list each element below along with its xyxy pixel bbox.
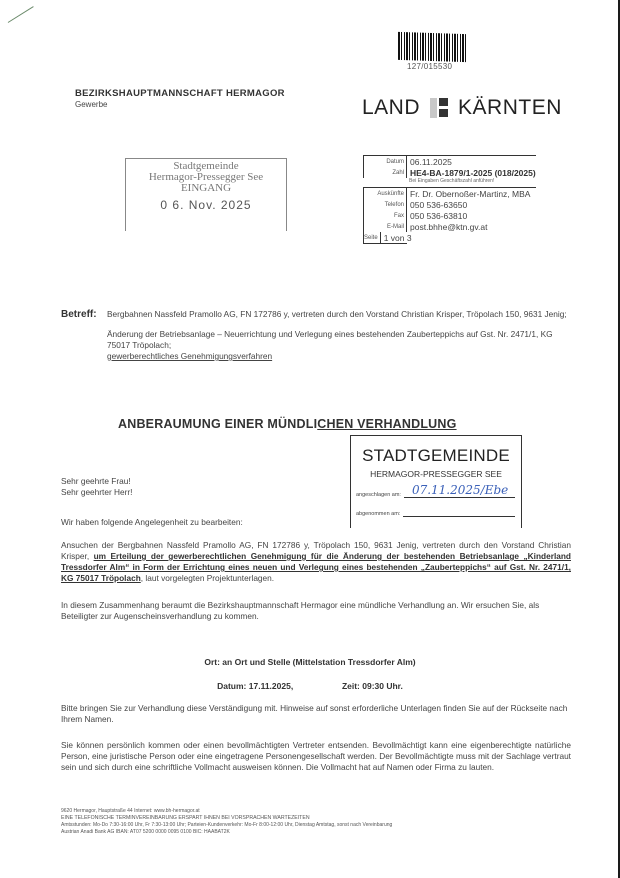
meta-row-date: Datum 06.11.2025: [364, 156, 536, 167]
stamp-line-3: EINGANG: [126, 183, 286, 194]
bring-paragraph: Bitte bringen Sie zur Verhandlung diese …: [61, 703, 571, 725]
posted-row: angeschlagen am: 07.11.2025/Ebe: [351, 485, 521, 498]
subject-label: Betreff:: [61, 309, 97, 320]
meta-row-reference: Zahl HE4-BA-1879/1-2025 (018/2025): [364, 167, 536, 178]
removed-row: abgenommen am:: [351, 504, 521, 517]
stamp-title: STADTGEMEINDE: [351, 446, 521, 466]
hearing-location: Ort: an Ort und Stelle (Mittelstation Tr…: [0, 657, 620, 667]
hearing-date: Datum: 17.11.2025,: [217, 681, 293, 691]
subject-line-1: Bergbahnen Nassfeld Pramollo AG, FN 1727…: [107, 309, 577, 320]
barcode-number: 127/015530: [407, 62, 452, 71]
stamp-date: 0 6. Nov. 2025: [126, 200, 286, 211]
reference-note: Bei Eingaben Geschäftszahl anführen!: [409, 178, 536, 187]
request-subject: um Erteilung der gewerberechtlichen Gene…: [61, 551, 571, 583]
pen-mark: [8, 6, 34, 23]
subject-line-3: gewerberechtliches Genehmigungsverfahren: [107, 351, 577, 362]
department: Gewerbe: [75, 100, 107, 109]
issuing-authority: BEZIRKSHAUPTMANNSCHAFT HERMAGOR: [75, 88, 285, 99]
salutation: Sehr geehrte Frau! Sehr geehrter Herr!: [61, 476, 321, 498]
logo-text-left: LAND: [362, 96, 420, 120]
request-paragraph: Ansuchen der Bergbahnen Nassfeld Pramoll…: [61, 540, 571, 584]
footer-office-hours: Amtsstunden: Mo-Do 7:30-16:00 Uhr, Fr 7:…: [61, 822, 392, 829]
meta-row-contact: Auskünfte Fr. Dr. Obernoßer-Martinz, MBA: [364, 188, 536, 199]
receipt-stamp: Stadtgemeinde Hermagor-Pressegger See EI…: [125, 158, 287, 231]
footer-address: 9620 Hermagor, Hauptstraße 44 Internet: …: [61, 808, 392, 815]
meta-row-page: Seite 1 von 3: [364, 232, 407, 244]
logo-text-right: KÄRNTEN: [458, 96, 562, 120]
logo-mark-icon: [430, 98, 448, 118]
context-paragraph: In diesem Zusammenhang beraumt die Bezir…: [61, 600, 571, 622]
stamp-subtitle: HERMAGOR-PRESSEGGER SEE: [351, 469, 521, 479]
reference-box: Datum 06.11.2025 Zahl HE4-BA-1879/1-2025…: [363, 155, 536, 178]
barcode-icon: [398, 32, 466, 62]
hearing-time: Zeit: 09:30 Uhr.: [342, 681, 403, 691]
footer: 9620 Hermagor, Hauptstraße 44 Internet: …: [61, 808, 392, 836]
footer-appointment-note: EINE TELEFONISCHE TERMINVEREINBARUNG ERS…: [61, 815, 392, 822]
posted-date-handwritten: 07.11.2025/Ebe: [412, 483, 508, 497]
subject-text: Bergbahnen Nassfeld Pramollo AG, FN 1727…: [107, 309, 577, 371]
meta-row-fax: Fax 050 536-63810: [364, 210, 536, 221]
representation-paragraph: Sie können persönlich kommen oder einen …: [61, 740, 571, 773]
contact-box: Auskünfte Fr. Dr. Obernoßer-Martinz, MBA…: [363, 187, 536, 244]
meta-row-email: E-Mail post.bhhe@ktn.gv.at: [364, 221, 536, 232]
metadata-block: Datum 06.11.2025 Zahl HE4-BA-1879/1-2025…: [363, 155, 536, 244]
land-kaernten-logo: LAND KÄRNTEN: [362, 96, 562, 120]
footer-bank: Austrian Anadi Bank AG IBAN: AT07 5200 0…: [61, 829, 392, 836]
intro-text: Wir haben folgende Angelegenheit zu bear…: [61, 517, 321, 528]
hearing-datetime: Datum: 17.11.2025, Zeit: 09:30 Uhr.: [0, 681, 620, 691]
municipal-posting-stamp: STADTGEMEINDE HERMAGOR-PRESSEGGER SEE an…: [350, 435, 522, 528]
meta-row-phone: Telefon 050 536-63650: [364, 199, 536, 210]
subject-line-2: Änderung der Betriebsanlage – Neuerricht…: [107, 329, 577, 351]
document-heading: ANBERAUMUNG EINER MÜNDLICHEN VERHANDLUNG: [118, 417, 457, 431]
